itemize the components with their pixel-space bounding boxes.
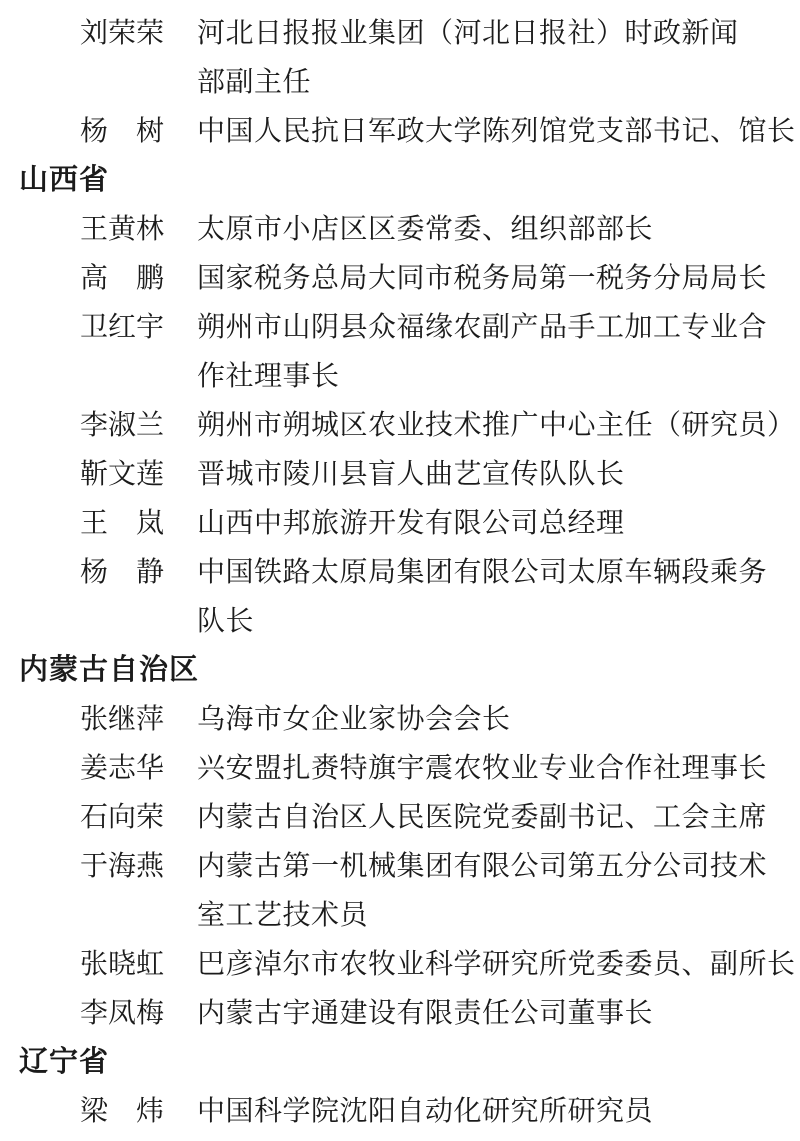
section-entries: 王黄林 太原市小店区区委常委、组织部部长 高 鹏 国家税务总局大同市税务局第一税… [0, 205, 800, 646]
position-line: 队长 [197, 597, 767, 646]
position-line: 朔州市朔城区农业技术推广中心主任（研究员） [197, 401, 796, 450]
position-title: 山西中邦旅游开发有限公司总经理 [197, 499, 625, 548]
position-line: 中国科学院沈阳自动化研究所研究员 [197, 1087, 653, 1136]
position-line: 内蒙古第一机械集团有限公司第五分公司技术 [197, 842, 767, 891]
position-title: 中国铁路太原局集团有限公司太原车辆段乘务队长 [197, 548, 767, 646]
person-name: 李淑兰 [80, 401, 166, 450]
position-line: 巴彦淖尔市农牧业科学研究所党委委员、副所长 [197, 940, 796, 989]
position-title: 朔州市山阴县众福缘农副产品手工加工专业合作社理事长 [197, 303, 767, 401]
position-title: 乌海市女企业家协会会长 [197, 695, 511, 744]
position-line: 中国铁路太原局集团有限公司太原车辆段乘务 [197, 548, 767, 597]
person-name: 张继萍 [80, 695, 166, 744]
position-line: 兴安盟扎赉特旗宇震农牧业专业合作社理事长 [197, 744, 767, 793]
roster-entry: 卫红宇 朔州市山阴县众福缘农副产品手工加工专业合作社理事长 [0, 303, 800, 401]
person-name: 张晓虹 [80, 940, 166, 989]
position-title: 晋城市陵川县盲人曲艺宣传队队长 [197, 450, 625, 499]
position-title: 国家税务总局大同市税务局第一税务分局局长 [197, 254, 767, 303]
province-header: 内蒙古自治区 [0, 646, 800, 695]
person-name: 李凤梅 [80, 989, 166, 1038]
roster-entry: 靳文莲 晋城市陵川县盲人曲艺宣传队队长 [0, 450, 800, 499]
roster-entry: 王黄林 太原市小店区区委常委、组织部部长 [0, 205, 800, 254]
position-line: 晋城市陵川县盲人曲艺宣传队队长 [197, 450, 625, 499]
position-title: 内蒙古宇通建设有限责任公司董事长 [197, 989, 653, 1038]
position-title: 太原市小店区区委常委、组织部部长 [197, 205, 653, 254]
person-name: 于海燕 [80, 842, 166, 891]
roster-entry: 李淑兰 朔州市朔城区农业技术推广中心主任（研究员） [0, 401, 800, 450]
roster-entry: 刘荣荣 河北日报报业集团（河北日报社）时政新闻部副主任 [0, 9, 800, 107]
person-name: 王黄林 [80, 205, 166, 254]
roster-entry: 杨 静 中国铁路太原局集团有限公司太原车辆段乘务队长 [0, 548, 800, 646]
section-entries: 梁 炜 中国科学院沈阳自动化研究所研究员 [0, 1087, 800, 1136]
position-title: 巴彦淖尔市农牧业科学研究所党委委员、副所长 [197, 940, 796, 989]
position-line: 室工艺技术员 [197, 891, 767, 940]
position-title: 朔州市朔城区农业技术推广中心主任（研究员） [197, 401, 796, 450]
roster: 刘荣荣 河北日报报业集团（河北日报社）时政新闻部副主任 杨 树 中国人民抗日军政… [0, 9, 800, 1136]
roster-entry: 李凤梅 内蒙古宇通建设有限责任公司董事长 [0, 989, 800, 1038]
position-title: 兴安盟扎赉特旗宇震农牧业专业合作社理事长 [197, 744, 767, 793]
position-title: 内蒙古第一机械集团有限公司第五分公司技术室工艺技术员 [197, 842, 767, 940]
person-name: 靳文莲 [80, 450, 166, 499]
roster-entry: 石向荣 内蒙古自治区人民医院党委副书记、工会主席 [0, 793, 800, 842]
position-line: 乌海市女企业家协会会长 [197, 695, 511, 744]
document-page: 刘荣荣 河北日报报业集团（河北日报社）时政新闻部副主任 杨 树 中国人民抗日军政… [0, 0, 800, 1141]
person-name: 杨 静 [80, 548, 166, 597]
position-line: 内蒙古宇通建设有限责任公司董事长 [197, 989, 653, 1038]
person-name: 卫红宇 [80, 303, 166, 352]
position-line: 部副主任 [197, 58, 739, 107]
position-line: 中国人民抗日军政大学陈列馆党支部书记、馆长 [197, 107, 796, 156]
person-name: 王 岚 [80, 499, 166, 548]
person-name: 梁 炜 [80, 1087, 166, 1136]
roster-entry: 姜志华 兴安盟扎赉特旗宇震农牧业专业合作社理事长 [0, 744, 800, 793]
roster-entry: 高 鹏 国家税务总局大同市税务局第一税务分局局长 [0, 254, 800, 303]
province-section: 山西省 王黄林 太原市小店区区委常委、组织部部长 高 鹏 国家税务总局大同市税务… [0, 156, 800, 646]
province-header: 山西省 [0, 156, 800, 205]
section-entries: 刘荣荣 河北日报报业集团（河北日报社）时政新闻部副主任 杨 树 中国人民抗日军政… [0, 9, 800, 156]
province-section: 内蒙古自治区 张继萍 乌海市女企业家协会会长 姜志华 兴安盟扎赉特旗宇震农牧业专… [0, 646, 800, 1038]
person-name: 石向荣 [80, 793, 166, 842]
person-name: 刘荣荣 [80, 9, 166, 58]
position-title: 中国科学院沈阳自动化研究所研究员 [197, 1087, 653, 1136]
roster-entry: 梁 炜 中国科学院沈阳自动化研究所研究员 [0, 1087, 800, 1136]
province-header: 辽宁省 [0, 1038, 800, 1087]
position-line: 内蒙古自治区人民医院党委副书记、工会主席 [197, 793, 767, 842]
roster-entry: 王 岚 山西中邦旅游开发有限公司总经理 [0, 499, 800, 548]
position-line: 太原市小店区区委常委、组织部部长 [197, 205, 653, 254]
roster-entry: 张继萍 乌海市女企业家协会会长 [0, 695, 800, 744]
roster-entry: 于海燕 内蒙古第一机械集团有限公司第五分公司技术室工艺技术员 [0, 842, 800, 940]
person-name: 高 鹏 [80, 254, 166, 303]
position-title: 中国人民抗日军政大学陈列馆党支部书记、馆长 [197, 107, 796, 156]
position-title: 内蒙古自治区人民医院党委副书记、工会主席 [197, 793, 767, 842]
position-line: 山西中邦旅游开发有限公司总经理 [197, 499, 625, 548]
roster-entry: 杨 树 中国人民抗日军政大学陈列馆党支部书记、馆长 [0, 107, 800, 156]
position-line: 河北日报报业集团（河北日报社）时政新闻 [197, 9, 739, 58]
position-line: 作社理事长 [197, 352, 767, 401]
position-title: 河北日报报业集团（河北日报社）时政新闻部副主任 [197, 9, 739, 107]
province-section: 辽宁省 梁 炜 中国科学院沈阳自动化研究所研究员 [0, 1038, 800, 1136]
section-entries: 张继萍 乌海市女企业家协会会长 姜志华 兴安盟扎赉特旗宇震农牧业专业合作社理事长… [0, 695, 800, 1038]
province-section: 刘荣荣 河北日报报业集团（河北日报社）时政新闻部副主任 杨 树 中国人民抗日军政… [0, 9, 800, 156]
position-line: 朔州市山阴县众福缘农副产品手工加工专业合 [197, 303, 767, 352]
person-name: 杨 树 [80, 107, 166, 156]
position-line: 国家税务总局大同市税务局第一税务分局局长 [197, 254, 767, 303]
person-name: 姜志华 [80, 744, 166, 793]
roster-entry: 张晓虹 巴彦淖尔市农牧业科学研究所党委委员、副所长 [0, 940, 800, 989]
